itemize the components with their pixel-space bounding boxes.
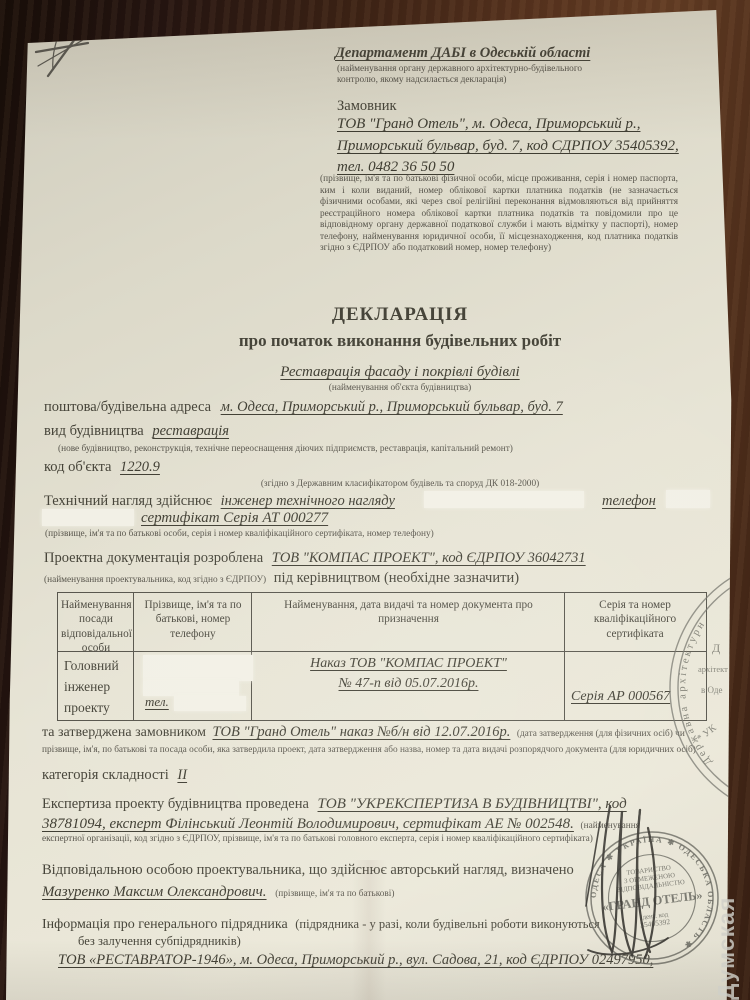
category-line: категорія складності ІІ	[42, 766, 187, 784]
table-header-name: Прізвище, ім'я та по батькові, номер тел…	[137, 598, 249, 641]
approval-paragraph: та затверджена замовником ТОВ "Гранд Оте…	[42, 724, 716, 757]
kind-line: вид будівництва реставрація	[44, 422, 229, 440]
expertise-note-rest: експертної організації, код згідно з ЄДР…	[42, 834, 593, 846]
code-label: код об'єкта	[44, 459, 111, 475]
kind-value: реставрація	[152, 423, 229, 439]
address-label: поштова/будівельна адреса	[44, 399, 211, 415]
declaration-subtitle: про початок виконання будівельних робіт	[50, 330, 750, 351]
address-line: поштова/будівельна адреса м. Одеса, Прим…	[44, 398, 563, 416]
edge-stamp-frag-4: * УК	[695, 722, 719, 744]
redaction-box-name-2	[42, 509, 134, 526]
project-label: Проектна документація розроблена	[44, 550, 263, 566]
author-name: Мазуренко Максим Олександрович.	[42, 884, 267, 900]
redaction-box-tel	[174, 696, 246, 711]
table-row-position: Головний інженер проекту	[64, 656, 130, 719]
category-label: категорія складності	[42, 767, 169, 783]
project-note: (найменування проектувальника, код згідн…	[44, 575, 266, 585]
document-paper: Департамент ДАБІ в Одеській області (най…	[0, 0, 750, 1000]
table-header-document: Найменування, дата видачі та номер докум…	[257, 598, 560, 627]
customer-note: (прізвище, ім'я та по батькові фізичної …	[320, 174, 678, 255]
kind-label: вид будівництва	[44, 423, 144, 439]
table-col-divider-1	[133, 593, 134, 720]
supervision-phone-label: телефон	[602, 492, 656, 510]
edge-stamp-frag-2: архітект	[698, 664, 728, 674]
department-note-1: (найменування органу державного архітект…	[337, 64, 582, 76]
redaction-box-fio-1	[143, 655, 253, 681]
table-row-divider	[58, 651, 706, 652]
redaction-box-phone	[666, 490, 710, 508]
expertise-label: Експертиза проекту будівництва проведена	[42, 796, 309, 812]
category-value: ІІ	[177, 767, 187, 783]
contractor-paren-1: (підрядника - у разі, коли будівельні ро…	[295, 917, 600, 931]
address-value: м. Одеса, Приморський р., Приморський бу…	[221, 399, 563, 415]
expertise-line-1: Експертиза проекту будівництва проведена…	[42, 795, 627, 814]
code-line: код об'єкта 1220.9	[44, 458, 160, 476]
table-row-tel-label: тел.	[145, 694, 169, 710]
author-name-line: Мазуренко Максим Олександрович. (прізвищ…	[42, 883, 394, 902]
signature-icon	[575, 795, 695, 970]
contractor-label: Інформація про генерального підрядника	[42, 917, 288, 932]
paper-crease	[352, 860, 386, 1000]
table-col-divider-3	[564, 593, 565, 720]
kind-note: (нове будівництво, реконструкція, техніч…	[58, 444, 513, 456]
code-note: (згідно з Державним класифікатором будів…	[50, 479, 750, 491]
author-line: Відповідальною особою проектувальника, щ…	[42, 861, 574, 879]
approval-label: та затверджена замовником	[42, 725, 206, 740]
contractor-paren-2: без залучення субпідрядників)	[78, 934, 241, 950]
supervision-cert: сертифікат Серія АТ 000277	[141, 509, 328, 528]
table-row-order-1: Наказ ТОВ "КОМПАС ПРОЕКТ"	[257, 655, 560, 673]
project-lead-text: під керівництвом (необхідне зазначити)	[274, 570, 519, 586]
edge-stamp-frag-1: Д	[712, 641, 720, 655]
responsible-person-table: Найменування посади відповідальної особи…	[57, 592, 707, 721]
supervision-label: Технічний нагляд здійснює	[44, 493, 212, 509]
project-note-line: (найменування проектувальника, код згідн…	[44, 569, 519, 587]
supervision-line: Технічний нагляд здійснює інженер техніч…	[44, 492, 395, 510]
table-row-order-2: № 47-п від 05.07.2016р.	[257, 675, 560, 693]
declaration-title: ДЕКЛАРАЦІЯ	[50, 303, 750, 327]
supervision-value: інженер технічного нагляду	[221, 493, 395, 509]
object-note: (найменування об'єкта будівництва)	[50, 383, 750, 395]
contractor-line-1: Інформація про генерального підрядника (…	[42, 916, 600, 934]
code-value: 1220.9	[120, 459, 160, 475]
customer-label: Замовник	[337, 97, 397, 115]
table-header-position: Найменування посади відповідальної особи	[61, 598, 131, 656]
watermark: Думская	[713, 830, 740, 1000]
department-note-2: контролю, якому надсилається декларація)	[337, 75, 506, 87]
supervision-note: (прізвище, ім'я та по батькові особи, се…	[45, 529, 434, 541]
project-value: ТОВ "КОМПАС ПРОЕКТ", код ЄДРПОУ 36042731	[272, 550, 586, 566]
expertise-value-2: 38781094, експерт Філінський Леонтій Вол…	[42, 816, 574, 832]
project-line: Проектна документація розроблена ТОВ "КО…	[44, 549, 586, 567]
redaction-box-name	[424, 491, 584, 508]
object-name: Реставрація фасаду і покрівлі будівлі	[50, 363, 750, 382]
customer-line-2: Приморський бульвар, буд. 7, код СДРПОУ …	[337, 137, 679, 156]
expertise-line-2: 38781094, експерт Філінський Леонтій Вол…	[42, 815, 640, 834]
edge-stamp-frag-3: в Оде	[701, 685, 722, 695]
approval-value: ТОВ "Гранд Отель" наказ №б/н від 12.07.2…	[212, 724, 510, 740]
department-line: Департамент ДАБІ в Одеській області	[335, 44, 590, 62]
customer-line-1: ТОВ "Гранд Отель", м. Одеса, Приморський…	[337, 115, 640, 134]
